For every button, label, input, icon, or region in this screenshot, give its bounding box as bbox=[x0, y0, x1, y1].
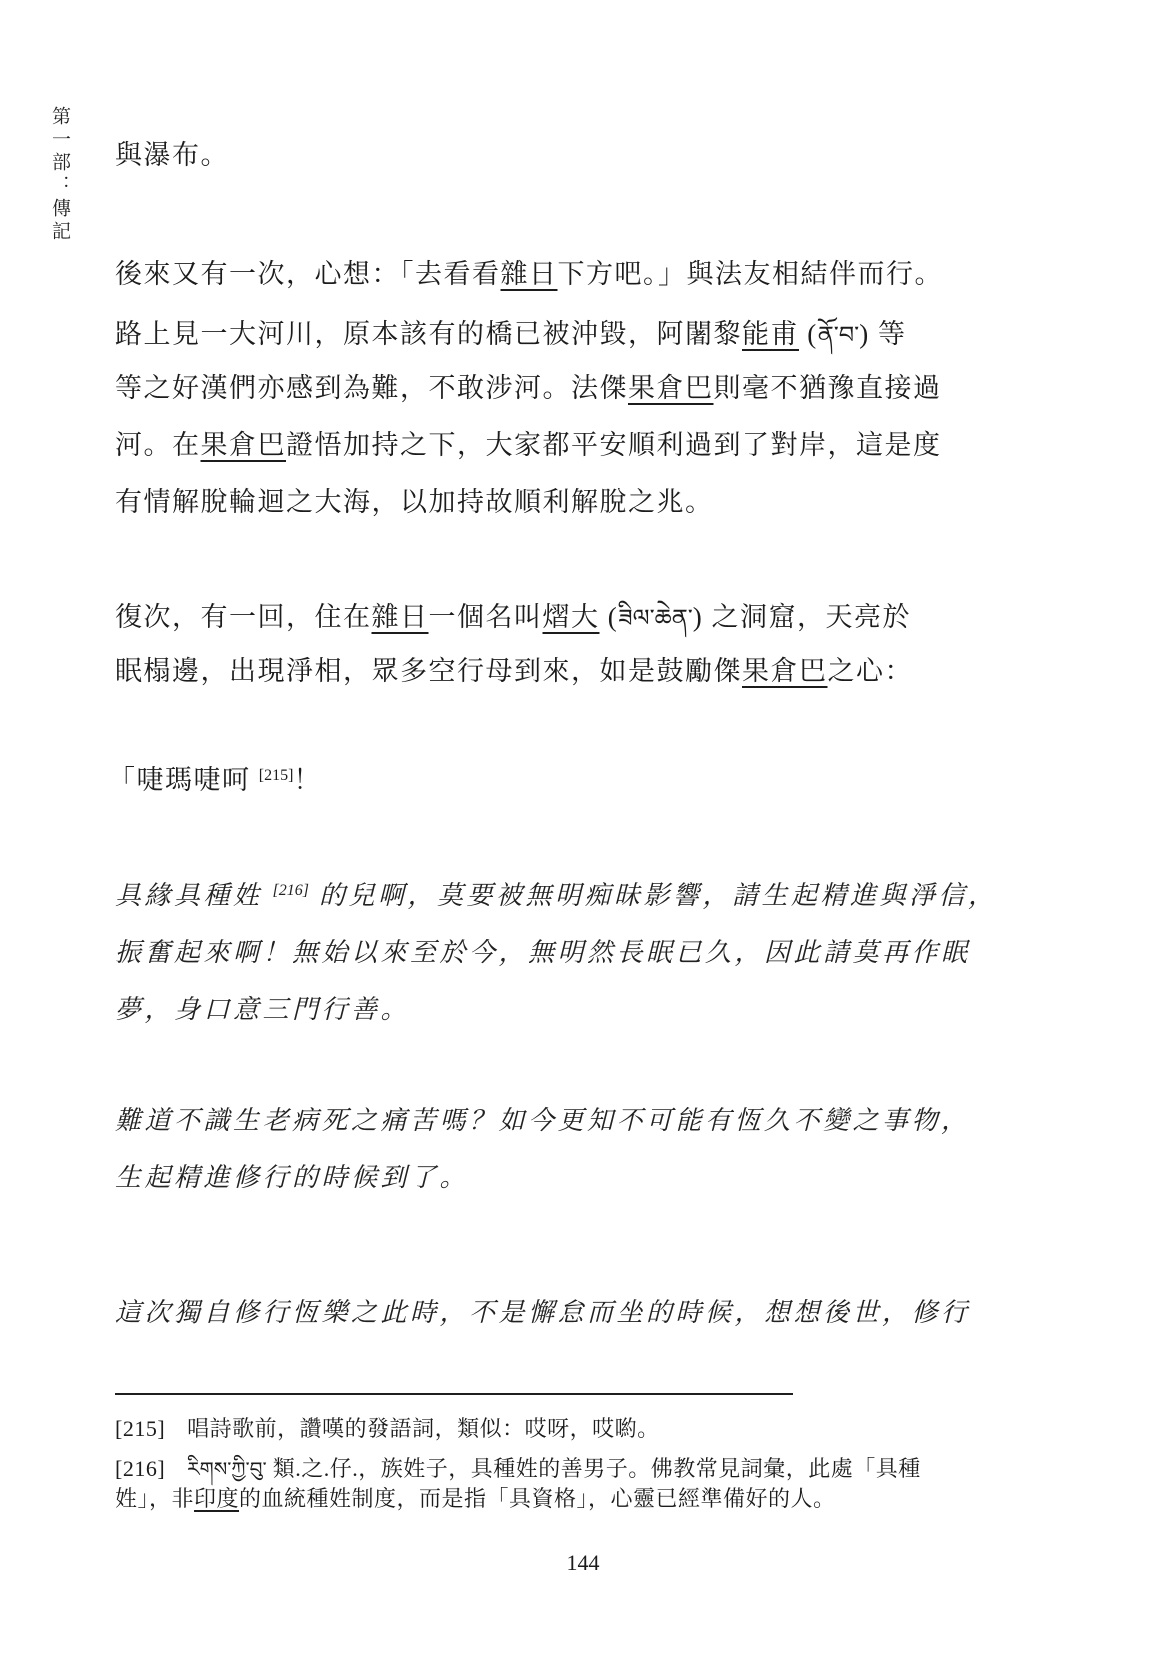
underlined-proper-noun: 果倉巴 bbox=[201, 430, 287, 460]
footnote-reference: [216] bbox=[273, 882, 309, 899]
text-run: 的兒啊，莫要被無明痴昧影響，請生起精進與淨信， bbox=[309, 881, 998, 910]
body-line: 等之好漢們亦感到為難，不敢涉河。法傑果倉巴則毫不猶豫直接過 bbox=[115, 366, 945, 405]
verse-line: 這次獨自修行恆樂之此時，不是懈怠而坐的時候，想想後世，修行 bbox=[115, 1292, 945, 1329]
footnote-216-label: [216] bbox=[115, 1456, 165, 1482]
footnote-215-text: 唱詩歌前，讚嘆的發語詞，類似：哎呀，哎喲。 bbox=[187, 1416, 660, 1441]
body-line: 河。在果倉巴證悟加持之下，大家都平安順利過到了對岸，這是度 bbox=[115, 423, 945, 462]
text-run: 的血統種姓制度，而是指「具資格」，心靈已經準備好的人。 bbox=[239, 1486, 836, 1511]
text-run: 與瀑布。 bbox=[115, 140, 229, 170]
body-line: 有情解脫輪迴之大海，以加持故順利解脫之兆。 bbox=[115, 480, 945, 519]
footnote-216-text1: རིགས་ཀྱི་བུ་ 類.之.仔.，族姓子，具種姓的善男子。佛教常見詞彙，此… bbox=[187, 1456, 921, 1481]
text-run: ) 之洞窟，天亮於 bbox=[693, 602, 911, 632]
verse-line: 振奮起來啊！無始以來至於今，無明然長眠已久，因此請莫再作眠 bbox=[115, 932, 945, 969]
footnote-216-line2: 姓」，非印度的血統種姓制度，而是指「具資格」，心靈已經準備好的人。 bbox=[115, 1482, 955, 1513]
verse-line: 難道不識生老病死之痛苦嗎？如今更知不可能有恆久不變之事物， bbox=[115, 1100, 945, 1137]
body-line: 後來又有一次，心想：「去看看雜日下方吧。」與法友相結伴而行。 bbox=[115, 252, 945, 291]
text-run: 姓」，非 bbox=[115, 1486, 194, 1511]
body-line: 與瀑布。 bbox=[115, 133, 945, 172]
verse-line: 夢，身口意三門行善。 bbox=[115, 989, 945, 1026]
underlined-proper-noun: 印度 bbox=[194, 1486, 239, 1511]
text-run: 類.之.仔.，族姓子，具種姓的善男子。佛教常見詞彙，此處「具種 bbox=[267, 1456, 921, 1481]
text-run: 之心： bbox=[828, 656, 914, 686]
song-opening-line: 「啑瑪啑呵 [215]！ bbox=[108, 758, 938, 797]
text-run: ！ bbox=[293, 765, 322, 795]
text-run: 夢，身口意三門行善。 bbox=[115, 995, 410, 1024]
body-line: 眠榻邊，出現淨相，眾多空行母到來，如是鼓勵傑果倉巴之心： bbox=[115, 649, 945, 688]
tibetan-text: རིགས་ཀྱི་བུ་ bbox=[187, 1459, 267, 1481]
page-number: 144 bbox=[0, 1550, 1166, 1576]
underlined-proper-noun: 熠大 bbox=[543, 602, 600, 632]
footnote-reference: [215] bbox=[259, 767, 294, 784]
text-run: 一個名叫 bbox=[429, 602, 543, 632]
text-run: 「啑瑪啑呵 bbox=[108, 765, 259, 795]
text-run: 唱詩歌前，讚嘆的發語詞，類似：哎呀，哎喲。 bbox=[187, 1416, 660, 1441]
text-run: 證悟加持之下，大家都平安順利過到了對岸，這是度 bbox=[286, 430, 942, 460]
part-header-vertical: 第一部：傳記 bbox=[46, 106, 73, 244]
text-run: ( bbox=[600, 602, 619, 632]
underlined-proper-noun: 果倉巴 bbox=[628, 373, 714, 403]
underlined-proper-noun: 能甫 bbox=[742, 319, 799, 349]
text-run: 有情解脫輪迴之大海，以加持故順利解脫之兆。 bbox=[115, 487, 714, 517]
tibetan-text: ཟིལ་ཆེན་ bbox=[618, 606, 693, 632]
text-run: 下方吧。」與法友相結伴而行。 bbox=[558, 259, 944, 289]
text-run: 路上見一大河川，原本該有的橋已被沖毀，阿闍黎 bbox=[115, 319, 742, 349]
tibetan-text: ནོ་བ་ bbox=[818, 323, 859, 349]
text-run: 復次，有一回，住在 bbox=[115, 602, 372, 632]
underlined-proper-noun: 雜日 bbox=[501, 259, 558, 289]
underlined-proper-noun: 雜日 bbox=[372, 602, 429, 632]
verse-line: 具緣具種姓 [216] 的兒啊，莫要被無明痴昧影響，請生起精進與淨信， bbox=[115, 875, 945, 912]
footnote-216-text2: 姓」，非印度的血統種姓制度，而是指「具資格」，心靈已經準備好的人。 bbox=[115, 1486, 836, 1511]
text-run: 這次獨自修行恆樂之此時，不是懈怠而坐的時候，想想後世，修行 bbox=[115, 1298, 971, 1327]
text-run: 河。在 bbox=[115, 430, 201, 460]
footnote-separator bbox=[115, 1393, 793, 1395]
footnote-215: [215]唱詩歌前，讚嘆的發語詞，類似：哎呀，哎喲。 bbox=[115, 1412, 955, 1443]
text-run: 後來又有一次，心想：「去看看 bbox=[115, 259, 501, 289]
text-run: 則毫不猶豫直接過 bbox=[714, 373, 942, 403]
footnote-215-label: [215] bbox=[115, 1416, 165, 1442]
verse-line: 生起精進修行的時候到了。 bbox=[115, 1157, 945, 1194]
book-page: 第一部：傳記 與瀑布。 後來又有一次，心想：「去看看雜日下方吧。」與法友相結伴而… bbox=[0, 0, 1166, 1654]
underlined-proper-noun: 果倉巴 bbox=[742, 656, 828, 686]
text-run: ( bbox=[799, 319, 818, 349]
text-run: 等之好漢們亦感到為難，不敢涉河。法傑 bbox=[115, 373, 628, 403]
text-run: 眠榻邊，出現淨相，眾多空行母到來，如是鼓勵傑 bbox=[115, 656, 742, 686]
text-run: 生起精進修行的時候到了。 bbox=[115, 1163, 469, 1192]
text-run: 振奮起來啊！無始以來至於今，無明然長眠已久，因此請莫再作眠 bbox=[115, 938, 971, 967]
text-run: 難道不識生老病死之痛苦嗎？如今更知不可能有恆久不變之事物， bbox=[115, 1106, 971, 1135]
text-run: 具緣具種姓 bbox=[115, 881, 273, 910]
text-run: ) 等 bbox=[859, 319, 906, 349]
